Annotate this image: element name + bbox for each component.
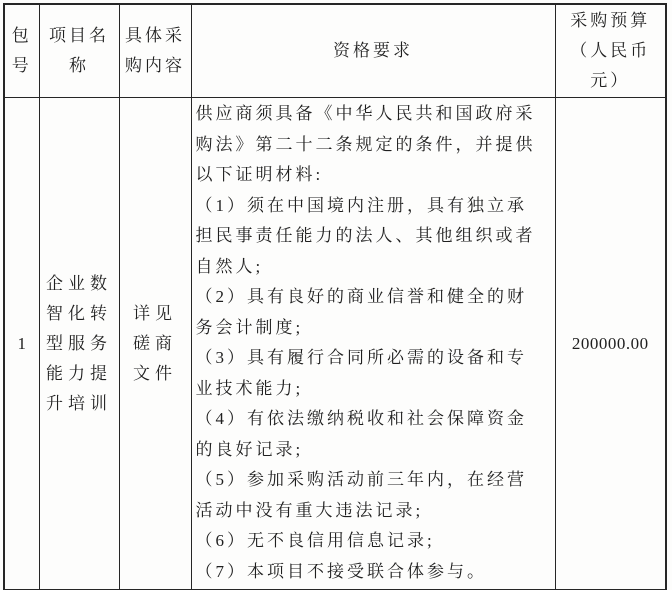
column-header-qualification-requirements: 资格要求 [191,4,555,98]
column-header-project-name: 项目名 称 [39,4,119,98]
column-header-budget: 采购预算 （人民币 元） [555,4,666,98]
cell-budget: 200000.00 [555,98,666,590]
procurement-packages-table: 包 号 项目名 称 具体采 购内容 资格要求 采购预算 （人民币 元） 1 企业… [3,3,667,590]
table-row-package-1: 1 企业数 智化转 型服务 能力提 升培训 详见 磋商 文件 供应商须具备《中华… [4,98,666,590]
cell-procurement-content: 详见 磋商 文件 [119,98,191,590]
column-header-package-no: 包 号 [4,4,39,98]
column-header-procurement-content: 具体采 购内容 [119,4,191,98]
cell-package-no: 1 [4,98,39,590]
cell-project-name: 企业数 智化转 型服务 能力提 升培训 [39,98,119,590]
table-header-row: 包 号 项目名 称 具体采 购内容 资格要求 采购预算 （人民币 元） [4,4,666,98]
cell-qualification-requirements: 供应商须具备《中华人民共和国政府采 购法》第二十二条规定的条件，并提供 以下证明… [191,98,555,590]
